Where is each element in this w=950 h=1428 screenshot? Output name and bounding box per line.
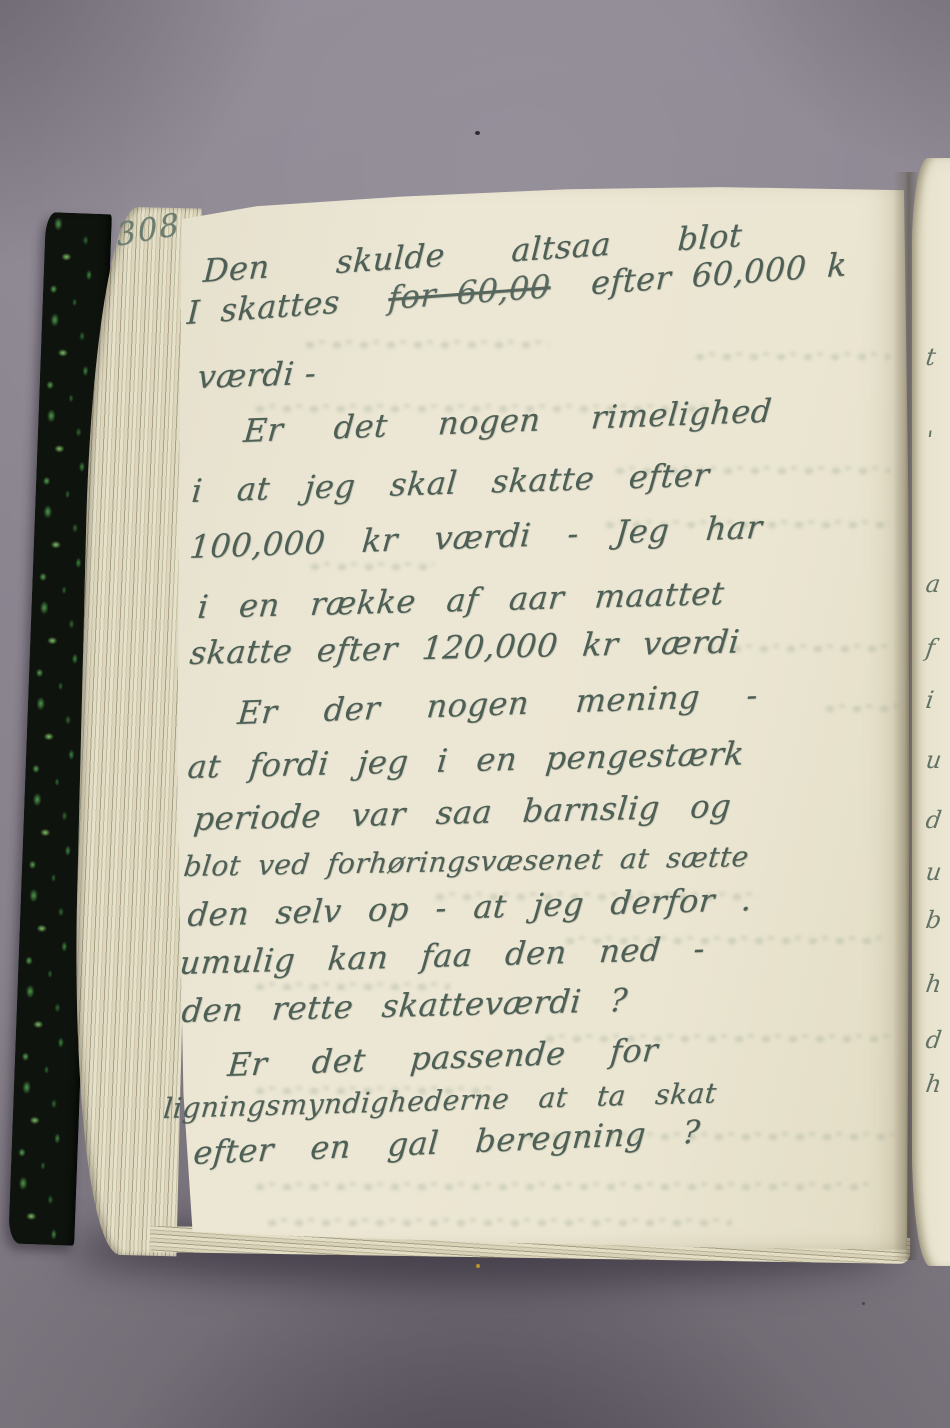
ghost-ink-line [820,700,900,715]
facing-page-text-fragment: h [924,1070,943,1098]
facing-page-sliver: t ' a f i u d u b h d h [912,158,950,1266]
ghost-ink-line [250,1178,870,1193]
facing-page-text-fragment: b [924,906,943,934]
manuscript-photo: 308 Den skulde altsaa blot I skattes for… [0,0,950,1428]
facing-page-text-fragment: f [924,634,937,662]
facing-page-text-fragment: u [924,746,943,774]
facing-page-text-fragment: d [924,1026,943,1054]
dust-speck [475,131,480,135]
facing-page-text-fragment: ' [924,426,935,454]
dust-speck [862,1302,865,1305]
facing-page-text-fragment: d [924,806,943,834]
facing-page-text-fragment: t [924,343,938,371]
ghost-ink-line [690,348,890,363]
facing-page-text-fragment: u [924,858,943,886]
dust-speck [476,1264,480,1268]
facing-page-text-fragment: i [924,686,936,714]
ghost-ink-line [262,1214,732,1229]
ghost-ink-line [300,336,550,351]
handwriting-line: værdi - [196,354,318,396]
facing-page-text-fragment: h [924,970,943,998]
facing-page-text-fragment: a [924,570,942,598]
